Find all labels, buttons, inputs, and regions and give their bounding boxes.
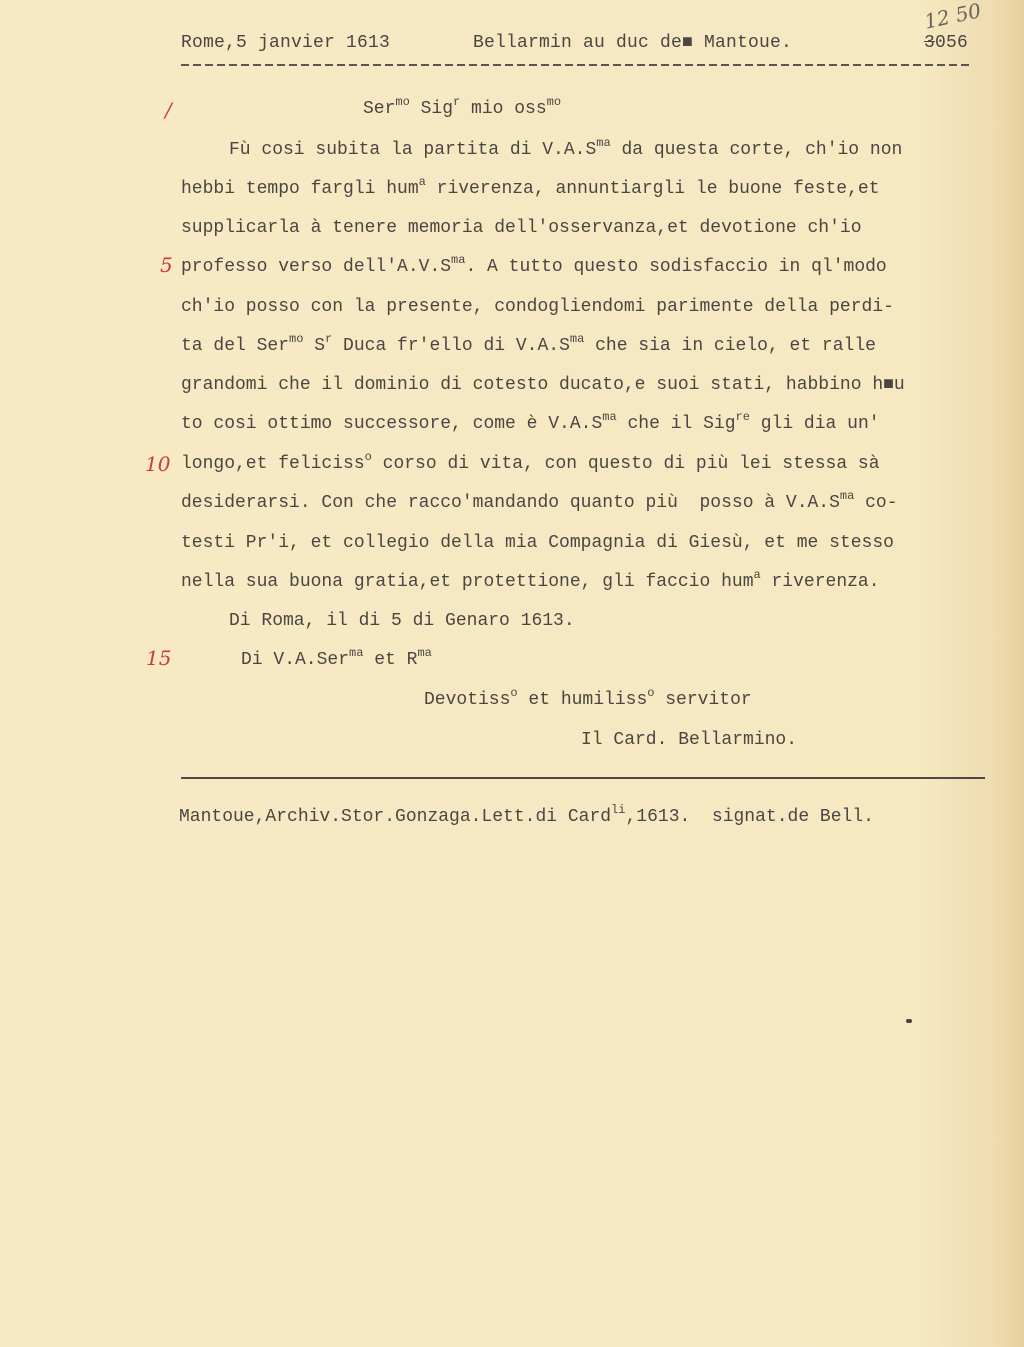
citation-part: Mantoue,Archiv.Stor.Gonzaga.Lett.di Card xyxy=(179,807,611,827)
body-line: to cosi ottimo successore, come è V.A.Sm… xyxy=(181,414,880,434)
margin-number-1: / xyxy=(165,98,172,122)
closing-part: Di V.A.Ser xyxy=(241,650,349,670)
line-text: co- xyxy=(854,493,897,513)
superscript: o xyxy=(510,686,517,700)
folio-number: 3056 xyxy=(924,33,968,53)
superscript: a xyxy=(419,175,426,189)
subscription-part: Devotiss xyxy=(424,690,510,710)
signature: Il Card. Bellarmino. xyxy=(581,730,797,750)
body-line: desiderarsi. Con che racco'mandando quan… xyxy=(181,493,898,513)
line-text: hebbi tempo fargli hum xyxy=(181,179,419,199)
subscription-part: servitor xyxy=(654,690,751,710)
header-place-date: Rome,5 janvier 1613 xyxy=(181,33,390,53)
document-page: Rome,5 janvier 1613 Bellarmin au duc de■… xyxy=(0,0,1024,1347)
line-text: che il Sig xyxy=(617,414,736,434)
body-line: nella sua buona gratia,et protettione, g… xyxy=(181,572,880,592)
line-text: to cosi ottimo successore, come è V.A.S xyxy=(181,414,602,434)
superscript: li xyxy=(611,803,625,817)
line-text: gli dia un' xyxy=(750,414,880,434)
superscript: mo xyxy=(547,95,561,109)
body-line: supplicarla à tenere memoria dell'osserv… xyxy=(181,218,862,238)
line-text: ch'io posso con la presente, condogliend… xyxy=(181,297,894,317)
superscript: mo xyxy=(289,332,303,346)
body-line: hebbi tempo fargli huma riverenza, annun… xyxy=(181,179,880,199)
body-line: professo verso dell'A.V.Sma. A tutto que… xyxy=(181,257,887,277)
line-text: . A tutto questo sodisfaccio in ql'modo xyxy=(465,257,886,277)
superscript: ma xyxy=(602,410,616,424)
body-line: longo,et felicisso corso di vita, con qu… xyxy=(181,454,880,474)
superscript: mo xyxy=(395,95,409,109)
body-line: grandomi che il dominio di cotesto ducat… xyxy=(181,375,905,395)
superscript: ma xyxy=(840,489,854,503)
superscript: re xyxy=(736,410,750,424)
margin-number-10: 10 xyxy=(145,452,170,476)
body-line: testi Pr'i, et collegio della mia Compag… xyxy=(181,533,894,553)
body-line: Fù cosi subita la partita di V.A.Sma da … xyxy=(229,140,902,160)
subscription: Devotisso et humilisso servitor xyxy=(424,690,752,710)
superscript: ma xyxy=(451,253,465,267)
line-text: riverenza. xyxy=(761,572,880,592)
body-line: ch'io posso con la presente, condogliend… xyxy=(181,297,894,317)
line-text: ta del Ser xyxy=(181,336,289,356)
dateline: Di Roma, il di 5 di Genaro 1613. xyxy=(229,611,575,631)
superscript: ma xyxy=(417,646,431,660)
superscript: a xyxy=(754,568,761,582)
folio-struck-digit: 3 xyxy=(924,33,935,53)
folio-handwritten: 12 50 xyxy=(922,0,983,34)
line-text: supplicarla à tenere memoria dell'osserv… xyxy=(181,218,862,238)
line-text: desiderarsi. Con che racco'mandando quan… xyxy=(181,493,840,513)
superscript: o xyxy=(365,450,372,464)
citation-part: ,1613. signat.de Bell. xyxy=(625,807,873,827)
superscript: ma xyxy=(596,136,610,150)
closing-part: et R xyxy=(363,650,417,670)
paper-speck xyxy=(906,1019,912,1023)
line-text: professo verso dell'A.V.S xyxy=(181,257,451,277)
salutation-part: mio oss xyxy=(460,99,546,119)
line-text: nella sua buona gratia,et protettione, g… xyxy=(181,572,754,592)
footer-rule xyxy=(181,777,985,779)
line-text: S xyxy=(303,336,325,356)
line-text: che sia in cielo, et ralle xyxy=(584,336,876,356)
superscript: ma xyxy=(349,646,363,660)
margin-number-5: 5 xyxy=(160,253,173,277)
line-text: longo,et feliciss xyxy=(181,454,365,474)
line-text: corso di vita, con questo di più lei ste… xyxy=(372,454,880,474)
line-text: grandomi che il dominio di cotesto ducat… xyxy=(181,375,905,395)
subscription-part: et humiliss xyxy=(518,690,648,710)
superscript: ma xyxy=(570,332,584,346)
salutation-part: Ser xyxy=(363,99,395,119)
line-text: riverenza, annuntiargli le buone feste,e… xyxy=(426,179,880,199)
header-dashed-rule xyxy=(181,64,973,66)
closing: Di V.A.Serma et Rma xyxy=(241,650,432,670)
line-text: testi Pr'i, et collegio della mia Compag… xyxy=(181,533,894,553)
salutation: Sermo Sigr mio ossmo xyxy=(363,99,561,119)
margin-number-15: 15 xyxy=(146,646,171,670)
line-text: Duca fr'ello di V.A.S xyxy=(332,336,570,356)
body-line: ta del Sermo Sr Duca fr'ello di V.A.Sma … xyxy=(181,336,876,356)
folio-digits: 056 xyxy=(935,33,968,53)
source-citation: Mantoue,Archiv.Stor.Gonzaga.Lett.di Card… xyxy=(179,807,874,827)
line-text: da questa corte, ch'io non xyxy=(611,140,903,160)
salutation-part: Sig xyxy=(410,99,453,119)
header-title: Bellarmin au duc de■ Mantoue. xyxy=(473,33,792,53)
line-text: Fù cosi subita la partita di V.A.S xyxy=(229,140,596,160)
